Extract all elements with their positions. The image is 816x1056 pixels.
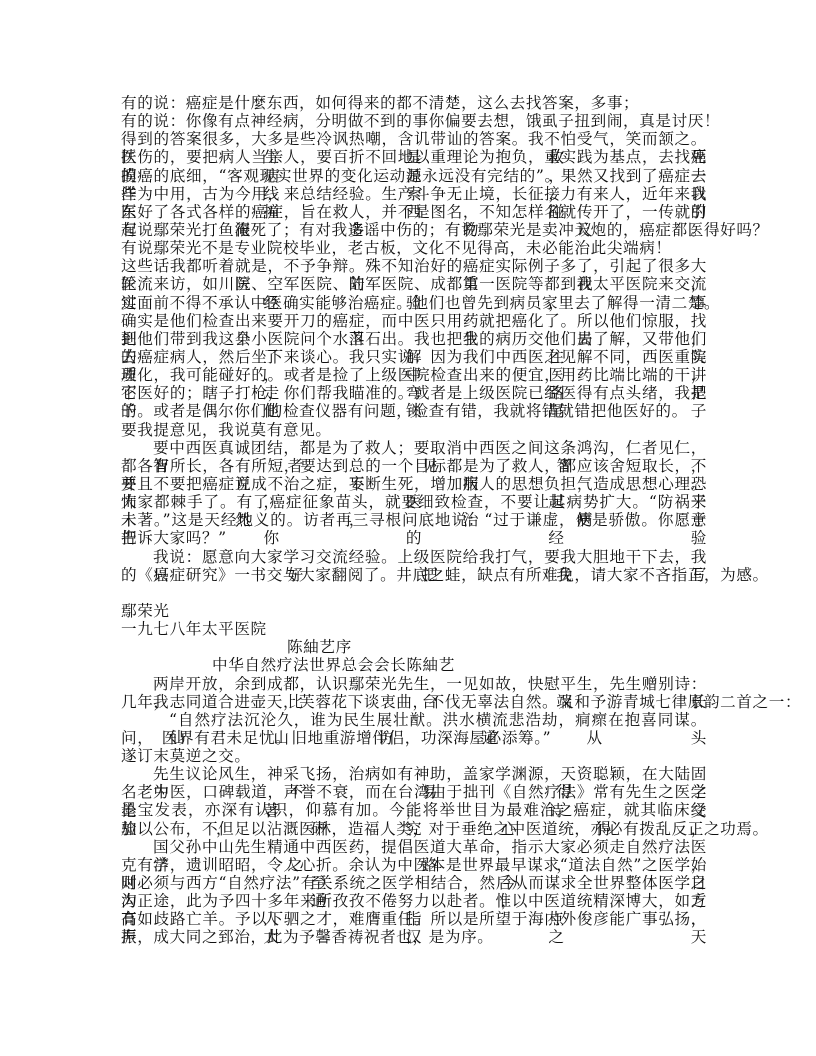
text-line: 未著。”这是天经地义的。访者再三寻根问底地说：“过于谦虚，便是骄傲。你愿意把你的… — [121, 511, 707, 529]
text-line: 我说：愿意向大家学习交流经验。上级医院给我打气，要我大胆地干下去，我只好把我写 — [121, 548, 707, 566]
text-line: 把他们带到我这个小医院问个水落石出。我也把我的病历交他们去了解，又带他们去了解住… — [121, 330, 707, 348]
text-line: 的。或者是偶尔你们的检查仪器有问题，检查有错，我就将错就错把他医好的。 — [121, 402, 707, 420]
text-line: 墨宝发表，亦深有认识，仰慕有加。今能将举世目为最难治之癌症，就其临床经验，研究心… — [121, 801, 707, 819]
text-line: 轮流来访，如川医、空军医院、陆军医院、成都第一医院等都到我太平医院来交流过经验，… — [121, 275, 707, 293]
text-line: 大家都棘手了。有了癌症征象苗头，就要细致检查，不要让其病势扩大。“防祸于未然，治… — [121, 493, 707, 511]
text-line: 两岸开放，余到成都，认识鄢荣光先生，一见如故，快慰平生，先生赠别诗：我比台端长 — [121, 675, 707, 693]
text-line: 名老中医，口碑载道，声誉不衰，而在台湾由于拙刊《自然疗法》常有先生之医学论著，诗… — [121, 783, 707, 801]
text-line: 都各有所长，各有所短，要达到总的一个目标都是为了救人，都应该舍短取长，不要互不服… — [121, 457, 707, 475]
text-line: 理化，我可能碰好的。或者是捡了上级医院检查出来的便宜，用药比端比端的干，不走弯路… — [121, 366, 707, 384]
text-line: 摸癌的底细，“客观现实世界的变化运动是永远没有完结的”。果然又找到了癌症一些线索… — [121, 167, 707, 185]
text-line: 遂订末莫逆之交。 — [121, 747, 707, 765]
text-line: 并且不要把癌症说成不治之症，妄断生死，增加病人的思想负担，造成思想心理恐怖，医起… — [121, 475, 707, 493]
text-line: 要中西医真诚团结，都是为了救人；要取消中西医之间这条鸿沟，仁者见仁，智者见智， — [121, 439, 707, 457]
text-line: 先生议论风生，神采飞扬，治病如有神助，盖家学渊源，天资聪颖，在大陆固为不易得之 — [121, 765, 707, 783]
text-line: 的癌症病人，然后坐下来谈心。我只实说：因为我们中西医之见解不同，西医重实质，中医… — [121, 348, 707, 366]
text-line: 有说鄢荣光打鱼淹死了；有对我造谣中伤的；有说鄢荣光是卖冲天炮的，癌症都医得好吗？ — [121, 221, 707, 239]
text-line: 医好了各式各样的癌症，旨在救人，并不是图名，不知怎样名就传开了，一传就引起很多物… — [121, 203, 707, 221]
text-line: 有说鄢荣光不是专业院校毕业，老古板，文化不见得高，未必能治此尖端病！ — [121, 239, 707, 257]
text-line: 有如歧路亡羊。予以下驷之才，难膺重任。所以是所望于海内外俊彦能广事弘扬，振大汉之… — [121, 910, 707, 928]
poem-line: “自然疗法沉沦久，谁为民生展壮猷。洪水横流悲浩劫，痌瘝在抱喜同谋。仙山访道从头 — [121, 711, 707, 729]
text-line: 几年，志同道合进壶天，芙蓉花下谈衷曲，不伐无辜法自然。又和予游青城七律原韵二首之… — [121, 693, 707, 711]
preface-title: 陈紬艺序 — [121, 638, 707, 656]
text-line: 得到的答案很多，大多是些冷讽热嘲，含讥带讪的答案。我不怕受气，笑而颔之。医生是救… — [121, 130, 707, 148]
section-preface: 陈紬艺序 中华自然疗法世界总会会长陈紬艺 两岸开放，余到成都，认识鄢荣光先生，一… — [121, 638, 707, 946]
text-line: 确实是他们检查出来要开刀的癌症，而中医只用药就把癌化了。所以他们惊服，找到县卫生… — [121, 312, 707, 330]
text-line: 洋为中用，古为今用，来总结经验。生产斗争无止境，长征接力有来人，近年来我东撞西碰… — [121, 185, 707, 203]
text-line: 的《癌症研究》一书交与大家翻阅了。井底之蛙，缺点有所难免，请大家不吝指正，为感。 — [121, 566, 707, 584]
signature-name: 鄢荣光 — [121, 602, 707, 620]
text-line: 为正途，此为予四十多年来所孜孜不倦努力以赴者。惟以中医道统精深博大，如乏高人指点… — [121, 892, 707, 910]
blank-line — [121, 584, 707, 602]
text-line: 有的说：你像有点神经病，分明做不到的事你偏要去想，饿虱子扭到闹，真是讨厌！ — [121, 112, 707, 130]
text-line: 它医好的；瞎子打枪，你们帮我瞄准的。或者是上级医院已经医得有点头绪，我是予他锁尾… — [121, 384, 707, 402]
text-line: 克有济，遗训昭昭，令人心折。余认为中医本是世界最早谋求“道法自然”之医学，时至今… — [121, 856, 707, 874]
text-line: 则必须与西方“自然疗法”有关系统之医学相结合，然后从而谋求全世界整体医学之沟通，… — [121, 874, 707, 892]
preface-author: 中华自然疗法世界总会会长陈紬艺 — [121, 656, 707, 674]
text-line: 要我提意见，我说莫有意见。 — [121, 421, 707, 439]
text-line: 有的说：癌症是什麼东西，如何得来的都不清楚，这么去找答案，多事； — [121, 94, 707, 112]
text-line: 这些话我都听着就是，不予争辩。殊不知治好的癌症实际例子多了，引起了很多大医院的重… — [121, 257, 707, 275]
document-page: 有的说：癌症是什麼东西，如何得来的都不清楚，这么去找答案，多事； 有的说：你像有… — [121, 94, 707, 947]
text-line: 实面前不得不承认中医确实能够治癌症。他们也曾先到病员家里去了解得一清二楚。 — [121, 294, 707, 312]
text-line: 扶伤的，要把病人当亲人，要百折不回地以重理论为抱负，重实践为基点，去找癌的病源，… — [121, 148, 707, 166]
text-line: 加以公布，不但足以沾溉医林，造福人类，对于垂绝之中医道统，亦必有拨乱反正之功焉。 — [121, 820, 707, 838]
signature-date: 一九七八年太平医院 — [121, 620, 707, 638]
text-line: 国父孙中山先生精通中西医药，提倡医道大革命，指示大家必须走自然疗法医学之路，始 — [121, 838, 707, 856]
section-reflections: 有的说：癌症是什麼东西，如何得来的都不清楚，这么去找答案，多事； 有的说：你像有… — [121, 94, 707, 638]
